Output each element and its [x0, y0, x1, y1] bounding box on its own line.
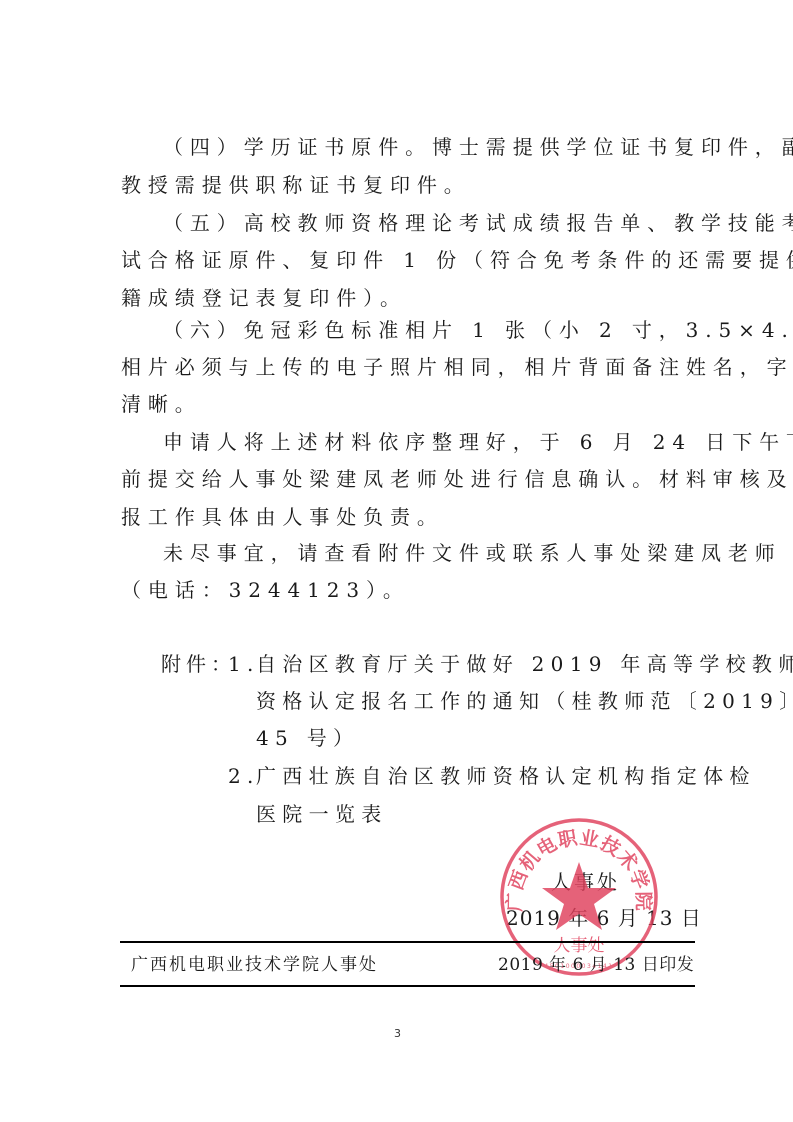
paragraph-6-line-3: 清晰。	[121, 392, 681, 416]
submission-line-3: 报工作具体由人事处负责。	[121, 505, 681, 529]
contact-line-2: （电话：3244123）。	[121, 578, 681, 602]
attachment-2-line-2: 医院一览表	[256, 802, 388, 826]
attachment-2-line-1: 广西壮族自治区教师资格认定机构指定体检	[256, 764, 756, 788]
attachment-1-line-1: 自治区教育厅关于做好 2019 年高等学校教师	[256, 652, 793, 676]
paragraph-6-line-1: （六）免冠彩色标准相片 1 张（小 2 寸，3.5×4.5cm），	[163, 318, 723, 342]
paragraph-5-line-3: 籍成绩登记表复印件）。	[121, 286, 681, 310]
footer-top-rule	[120, 941, 695, 943]
paragraph-5-line-2: 试合格证原件、复印件 1 份（符合免考条件的还需要提供学	[121, 248, 681, 272]
stamp-inner-text: 人事处	[554, 936, 605, 956]
signature-date: 2019 年 6 月 13 日	[506, 906, 702, 930]
attachments-label: 附件：	[161, 652, 236, 676]
attachment-1-line-3: 45 号）	[256, 726, 359, 750]
page-number: 3	[394, 1027, 401, 1040]
paragraph-6-line-2: 相片必须与上传的电子照片相同，相片背面备注姓名，字迹	[121, 355, 681, 379]
attachment-1-line-2: 资格认定报名工作的通知（桂教师范〔2019〕	[256, 689, 793, 713]
attachment-2-number: 2.	[228, 764, 260, 788]
paragraph-5-line-1: （五）高校教师资格理论考试成绩报告单、教学技能考	[163, 211, 723, 235]
footer-bottom-rule	[120, 985, 695, 987]
footer-issuer: 广西机电职业技术学院人事处	[131, 954, 378, 976]
signature-department: 人事处	[551, 870, 620, 894]
paragraph-4-line-2: 教授需提供职称证书复印件。	[121, 173, 681, 197]
footer-issue-date: 2019 年 6 月 13 日印发	[498, 954, 694, 976]
submission-line-2: 前提交给人事处梁建凤老师处进行信息确认。材料审核及上	[121, 467, 681, 491]
submission-line-1: 申请人将上述材料依序整理好，于 6 月 24 日下午下班	[163, 430, 723, 454]
paragraph-4-line-1: （四）学历证书原件。博士需提供学位证书复印件，副	[163, 135, 723, 159]
contact-line-1: 未尽事宜，请查看附件文件或联系人事处梁建凤老师	[163, 541, 723, 565]
attachment-1-number: 1.	[228, 652, 260, 676]
